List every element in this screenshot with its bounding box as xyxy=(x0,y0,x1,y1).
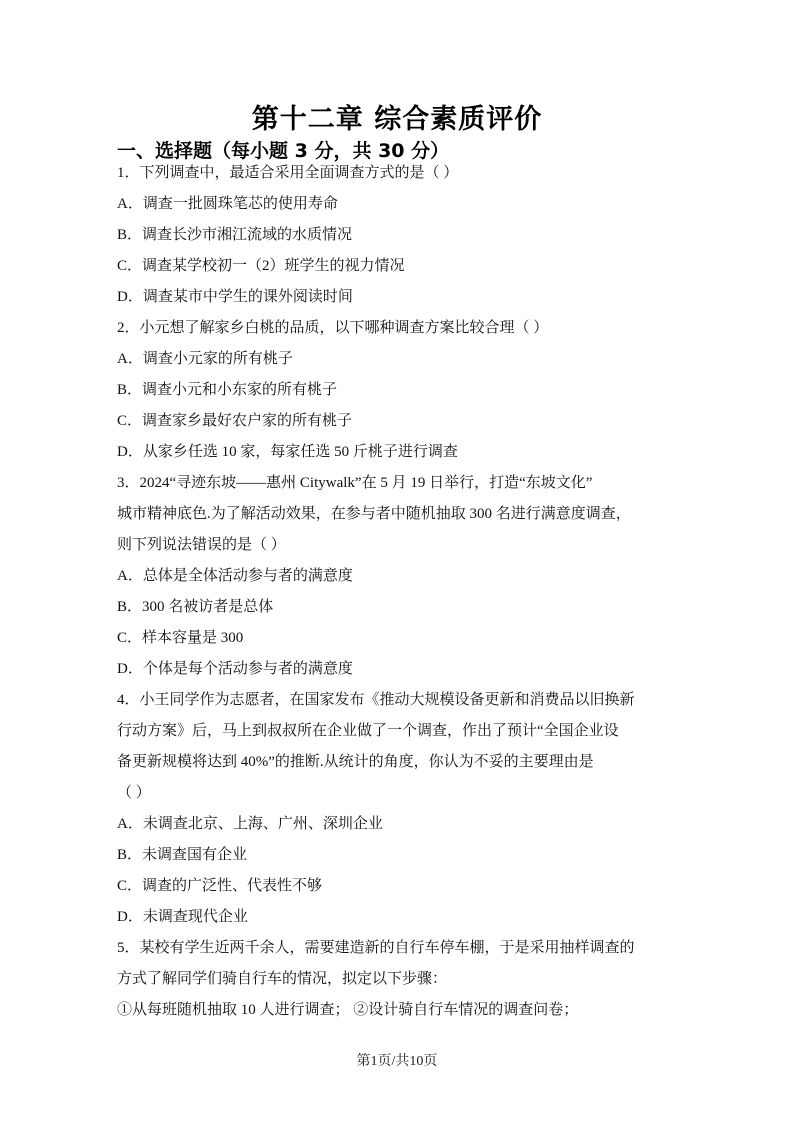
question-2-option-b: B．调查小元和小东家的所有桃子 xyxy=(117,380,337,400)
question-1-option-d: D．调查某市中学生的课外阅读时间 xyxy=(117,287,353,307)
question-4-stem-line-4: （ ） xyxy=(117,783,151,803)
page-number: 第1页/共10页 xyxy=(0,1050,794,1070)
question-4-option-d: D．未调查现代企业 xyxy=(117,907,248,927)
question-4-stem-line-3: 备更新规模将达到 40%”的推断.从统计的角度，你认为不妥的主要理由是 xyxy=(117,752,594,772)
question-1-option-b: B．调查长沙市湘江流域的水质情况 xyxy=(117,225,352,245)
section-heading: 一、选择题（每小题 3 分，共 30 分） xyxy=(117,136,449,163)
question-3-option-d: D．个体是每个活动参与者的满意度 xyxy=(117,659,353,679)
question-3-option-a: A．总体是全体活动参与者的满意度 xyxy=(117,566,353,586)
question-2-option-c: C．调查家乡最好农户家的所有桃子 xyxy=(117,411,352,431)
document-page: 第十二章 综合素质评价 一、选择题（每小题 3 分，共 30 分） 1．下列调查… xyxy=(0,0,794,1123)
question-3-option-b: B．300 名被访者是总体 xyxy=(117,597,273,617)
question-4-stem-line-2: 行动方案》后，马上到叔叔所在企业做了一个调查，作出了预计“全国企业设 xyxy=(117,721,619,741)
question-5-stem-line-1: 5．某校有学生近两千余人，需要建造新的自行车停车棚，于是采用抽样调查的 xyxy=(117,938,635,958)
question-1-stem: 1．下列调查中，最适合采用全面调查方式的是（ ） xyxy=(117,163,458,183)
question-4-option-c: C．调查的广泛性、代表性不够 xyxy=(117,876,322,896)
question-5-stem-line-2: 方式了解同学们骑自行车的情况，拟定以下步骤： xyxy=(117,969,447,989)
page-title: 第十二章 综合素质评价 xyxy=(0,97,794,136)
question-3-stem-line-2: 城市精神底色.为了解活动效果，在参与者中随机抽取 300 名进行满意度调查， xyxy=(117,504,631,524)
question-4-option-a: A．未调查北京、上海、广州、深圳企业 xyxy=(117,814,383,834)
question-1-option-c: C．调查某学校初一（2）班学生的视力情况 xyxy=(117,256,405,276)
question-3-stem-line-3: 则下列说法错误的是（ ） xyxy=(117,535,286,555)
question-2-option-a: A．调查小元家的所有桃子 xyxy=(117,349,293,369)
question-4-stem-line-1: 4．小王同学作为志愿者，在国家发布《推动大规模设备更新和消费品以旧换新 xyxy=(117,690,635,710)
question-3-option-c: C．样本容量是 300 xyxy=(117,628,243,648)
question-2-stem: 2．小元想了解家乡白桃的品质，以下哪种调查方案比较合理（ ） xyxy=(117,318,548,338)
question-5-stem-line-3: ①从每班随机抽取 10 人进行调查； ②设计骑自行车情况的调查问卷； xyxy=(117,1000,578,1020)
question-1-option-a: A．调查一批圆珠笔芯的使用寿命 xyxy=(117,194,338,214)
question-4-option-b: B．未调查国有企业 xyxy=(117,845,247,865)
question-3-stem-line-1: 3．2024“寻迹东坡——惠州 Citywalk”在 5 月 19 日举行，打造… xyxy=(117,473,592,493)
question-2-option-d: D．从家乡任选 10 家，每家任选 50 斤桃子进行调查 xyxy=(117,442,458,462)
